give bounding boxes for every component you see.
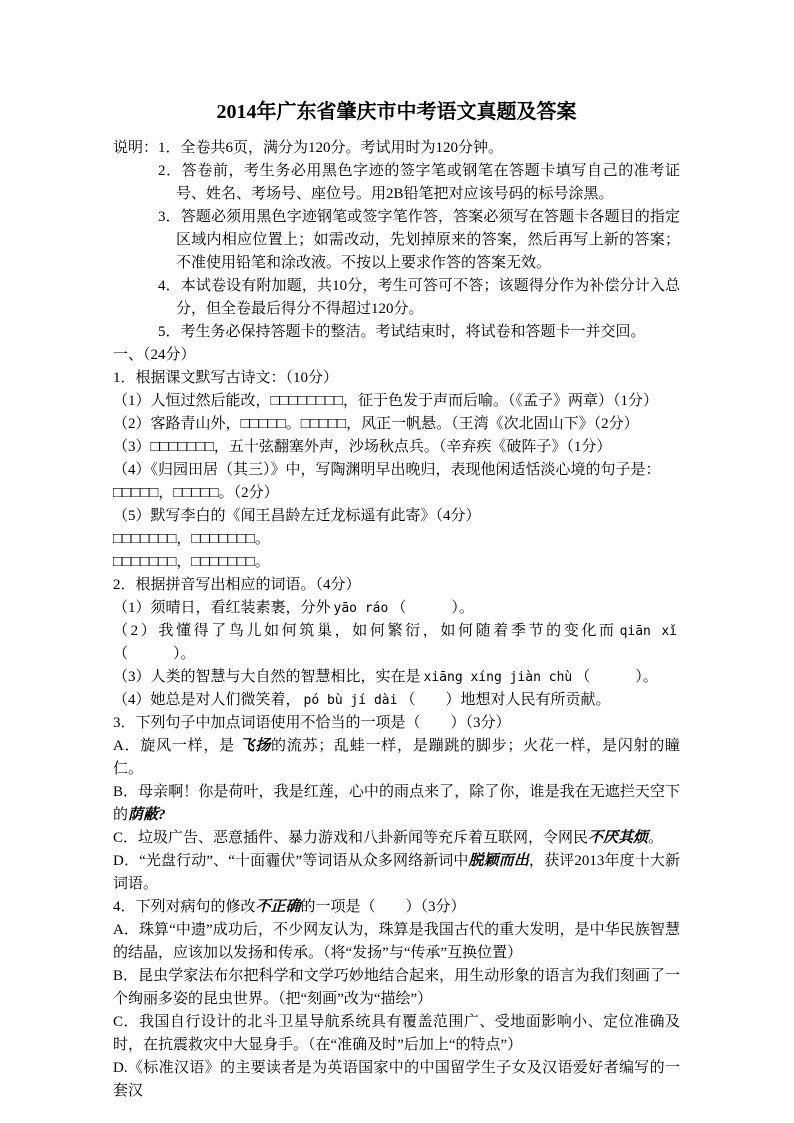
question-2-block: 2．根据拼音写出相应的词语。（4分） （1）须晴日，看红装素裹，分外yāo rá…	[113, 574, 680, 712]
q1-item-5-blank-line-1: □□□□□□□，□□□□□□□。	[113, 528, 680, 551]
q4-stem-rest: 的一项是（ ）（3分）	[301, 899, 466, 915]
q2-item-2: （2）我懂得了鸟儿如何筑巢，如何繁衍，如何随着季节的变化而qiān xǐ（ ）。	[113, 620, 680, 666]
q2-item-3-text: （3）人类的智慧与大自然的智慧相比，实在是	[113, 669, 421, 685]
q3-option-a: A．旋风一样，是 飞扬的流苏；乱蛙一样，是蹦跳的脚步；火花一样，是闪射的瞳仁。	[113, 735, 680, 781]
q4-option-c: C．我国自行设计的北斗卫星导航系统具有覆盖范围广、受地面影响小、定位准确及时，在…	[113, 1011, 680, 1057]
question-1-block: 1．根据课文默写古诗文：（10分） （1）人恒过然后能改，□□□□□□□□，征于…	[113, 367, 680, 574]
q4-option-d: D.《标准汉语》的主要读者是为英语国家中的中国留学生子女及汉语爱好者编写的一套汉	[113, 1057, 680, 1103]
q4-stem-text: 4．下列对病句的修改	[113, 899, 256, 915]
q2-item-3-answer-blank: （ ）。	[575, 669, 658, 685]
section-one-heading: 一、（24分）	[113, 344, 680, 367]
instruction-line-1: 说明：1．全卷共6页，满分为120分。考试用时为120分钟。	[113, 137, 680, 160]
q3-option-b-rest: ?	[158, 807, 166, 823]
q1-item-3: （3）□□□□□□□，五十弦翻塞外声，沙场秋点兵。（辛弃疾《破阵子》（1分）	[113, 436, 680, 459]
q2-item-4-text: （4）她总是对人们微笑着，	[113, 692, 301, 708]
q3-option-b-emphasis: 荫蔽	[128, 807, 158, 823]
q3-option-d-emphasis: 脱颖而出	[469, 853, 529, 869]
q2-item-1-answer-blank: （ ）。	[391, 600, 474, 616]
question-2-stem: 2．根据拼音写出相应的词语。（4分）	[113, 574, 680, 597]
q2-item-4: （4）她总是对人们微笑着，pó bù jí dài（ ）地想对人民有所贡献。	[113, 689, 680, 712]
q2-item-4-pinyin: pó bù jí dài	[301, 693, 401, 708]
q2-item-4-answer-blank: （ ）地想对人民有所贡献。	[400, 692, 610, 708]
question-4-block: 4．下列对病句的修改不正确的一项是（ ）（3分） A．珠算“中遗”成功后，不少网…	[113, 896, 680, 1103]
q4-option-a: A．珠算“中遗”成功后，不少网友认为，珠算是我国古代的重大发明，是中华民族智慧的…	[113, 919, 680, 965]
q3-option-a-emphasis: 飞扬	[239, 738, 271, 754]
instructions-label: 说明：	[113, 140, 158, 156]
exam-document-page: 2014年广东省肇庆市中考语文真题及答案 说明：1．全卷共6页，满分为120分。…	[0, 0, 794, 1123]
q2-item-3-pinyin: xiāng xíng jiàn chù	[421, 670, 576, 685]
q2-item-2-text: （2）我懂得了鸟儿如何筑巢，如何繁衍，如何随着季节的变化而	[113, 623, 617, 639]
q2-item-1-text: （1）须晴日，看红装素裹，分外	[113, 600, 331, 616]
q3-option-c-text: C．垃圾广告、恶意插件、暴力游戏和八卦新闻等充斥着互联网，令网民	[113, 830, 588, 846]
instruction-item-2: 2．答卷前，考生务必用黑色字迹的签字笔或钢笔在答题卡填写自己的准考证号、姓名、考…	[113, 160, 680, 206]
q3-option-c-rest: 。	[648, 830, 663, 846]
question-4-stem: 4．下列对病句的修改不正确的一项是（ ）（3分）	[113, 896, 680, 919]
q2-item-3: （3）人类的智慧与大自然的智慧相比，实在是xiāng xíng jiàn chù…	[113, 666, 680, 689]
q1-item-4-intro: （4）《归园田居（其三）》中，写陶渊明早出晚归，表现他闲适恬淡心境的句子是：	[113, 459, 680, 482]
q3-option-c-emphasis: 不厌其烦	[588, 830, 648, 846]
question-1-stem: 1．根据课文默写古诗文：（10分）	[113, 367, 680, 390]
instruction-item-1: 1．全卷共6页，满分为120分。考试用时为120分钟。	[158, 140, 503, 156]
q2-item-2-pinyin: qiān xǐ	[617, 624, 680, 639]
q3-option-b-text: B．母亲啊！你是荷叶，我是红莲，心中的雨点来了，除了你，谁是我在无遮拦天空下的	[113, 784, 680, 823]
q1-item-5-intro: （5）默写李白的《闻王昌龄左迁龙标遥有此寄》（4分）	[113, 505, 680, 528]
instruction-item-3: 3．答题必须用黑色字迹钢笔或签字笔作答，答案必须写在答题卡各题目的指定区域内相应…	[113, 206, 680, 275]
q2-item-1-pinyin: yāo ráo	[331, 601, 392, 616]
q3-option-c: C．垃圾广告、恶意插件、暴力游戏和八卦新闻等充斥着互联网，令网民不厌其烦。	[113, 827, 680, 850]
q3-option-d: D．“光盘行动”、“十面霾伏”等词语从众多网络新词中脱颖而出，获评2013年度十…	[113, 850, 680, 896]
q1-item-1: （1）人恒过然后能改，□□□□□□□□，征于色发于声而后喻。（《孟子》两章）（1…	[113, 390, 680, 413]
instructions-block: 说明：1．全卷共6页，满分为120分。考试用时为120分钟。 2．答卷前，考生务…	[113, 137, 680, 344]
q2-item-1: （1）须晴日，看红装素裹，分外yāo ráo（ ）。	[113, 597, 680, 620]
page-title: 2014年广东省肇庆市中考语文真题及答案	[113, 100, 680, 125]
instruction-item-4: 4．本试卷设有附加题，共10分，考生可答可不答；该题得分作为补偿分计入总分，但全…	[113, 275, 680, 321]
question-3-block: 3．下列句子中加点词语使用不恰当的一项是（ ）（3分） A．旋风一样，是 飞扬的…	[113, 712, 680, 896]
q3-option-a-text: A．旋风一样，是	[113, 738, 239, 754]
q4-option-b: B．昆虫学家法布尔把科学和文学巧妙地结合起来，用生动形象的语言为我们刻画了一个绚…	[113, 965, 680, 1011]
q2-item-2-answer-blank: （ ）。	[113, 646, 196, 662]
q1-item-2: （2）客路青山外，□□□□□。□□□□□，风正一帆悬。（王湾《次北固山下》（2分…	[113, 413, 680, 436]
instruction-item-5: 5．考生务必保持答题卡的整洁。考试结束时，将试卷和答题卡一并交回。	[113, 321, 680, 344]
q1-item-5-blank-line-2: □□□□□□□，□□□□□□□。	[113, 551, 680, 574]
q1-item-4-blanks: □□□□□，□□□□□。（2分）	[113, 482, 680, 505]
question-3-stem: 3．下列句子中加点词语使用不恰当的一项是（ ）（3分）	[113, 712, 680, 735]
q3-option-b: B．母亲啊！你是荷叶，我是红莲，心中的雨点来了，除了你，谁是我在无遮拦天空下的荫…	[113, 781, 680, 827]
q3-option-d-text: D．“光盘行动”、“十面霾伏”等词语从众多网络新词中	[113, 853, 469, 869]
q4-stem-emphasis: 不正确	[256, 899, 301, 915]
